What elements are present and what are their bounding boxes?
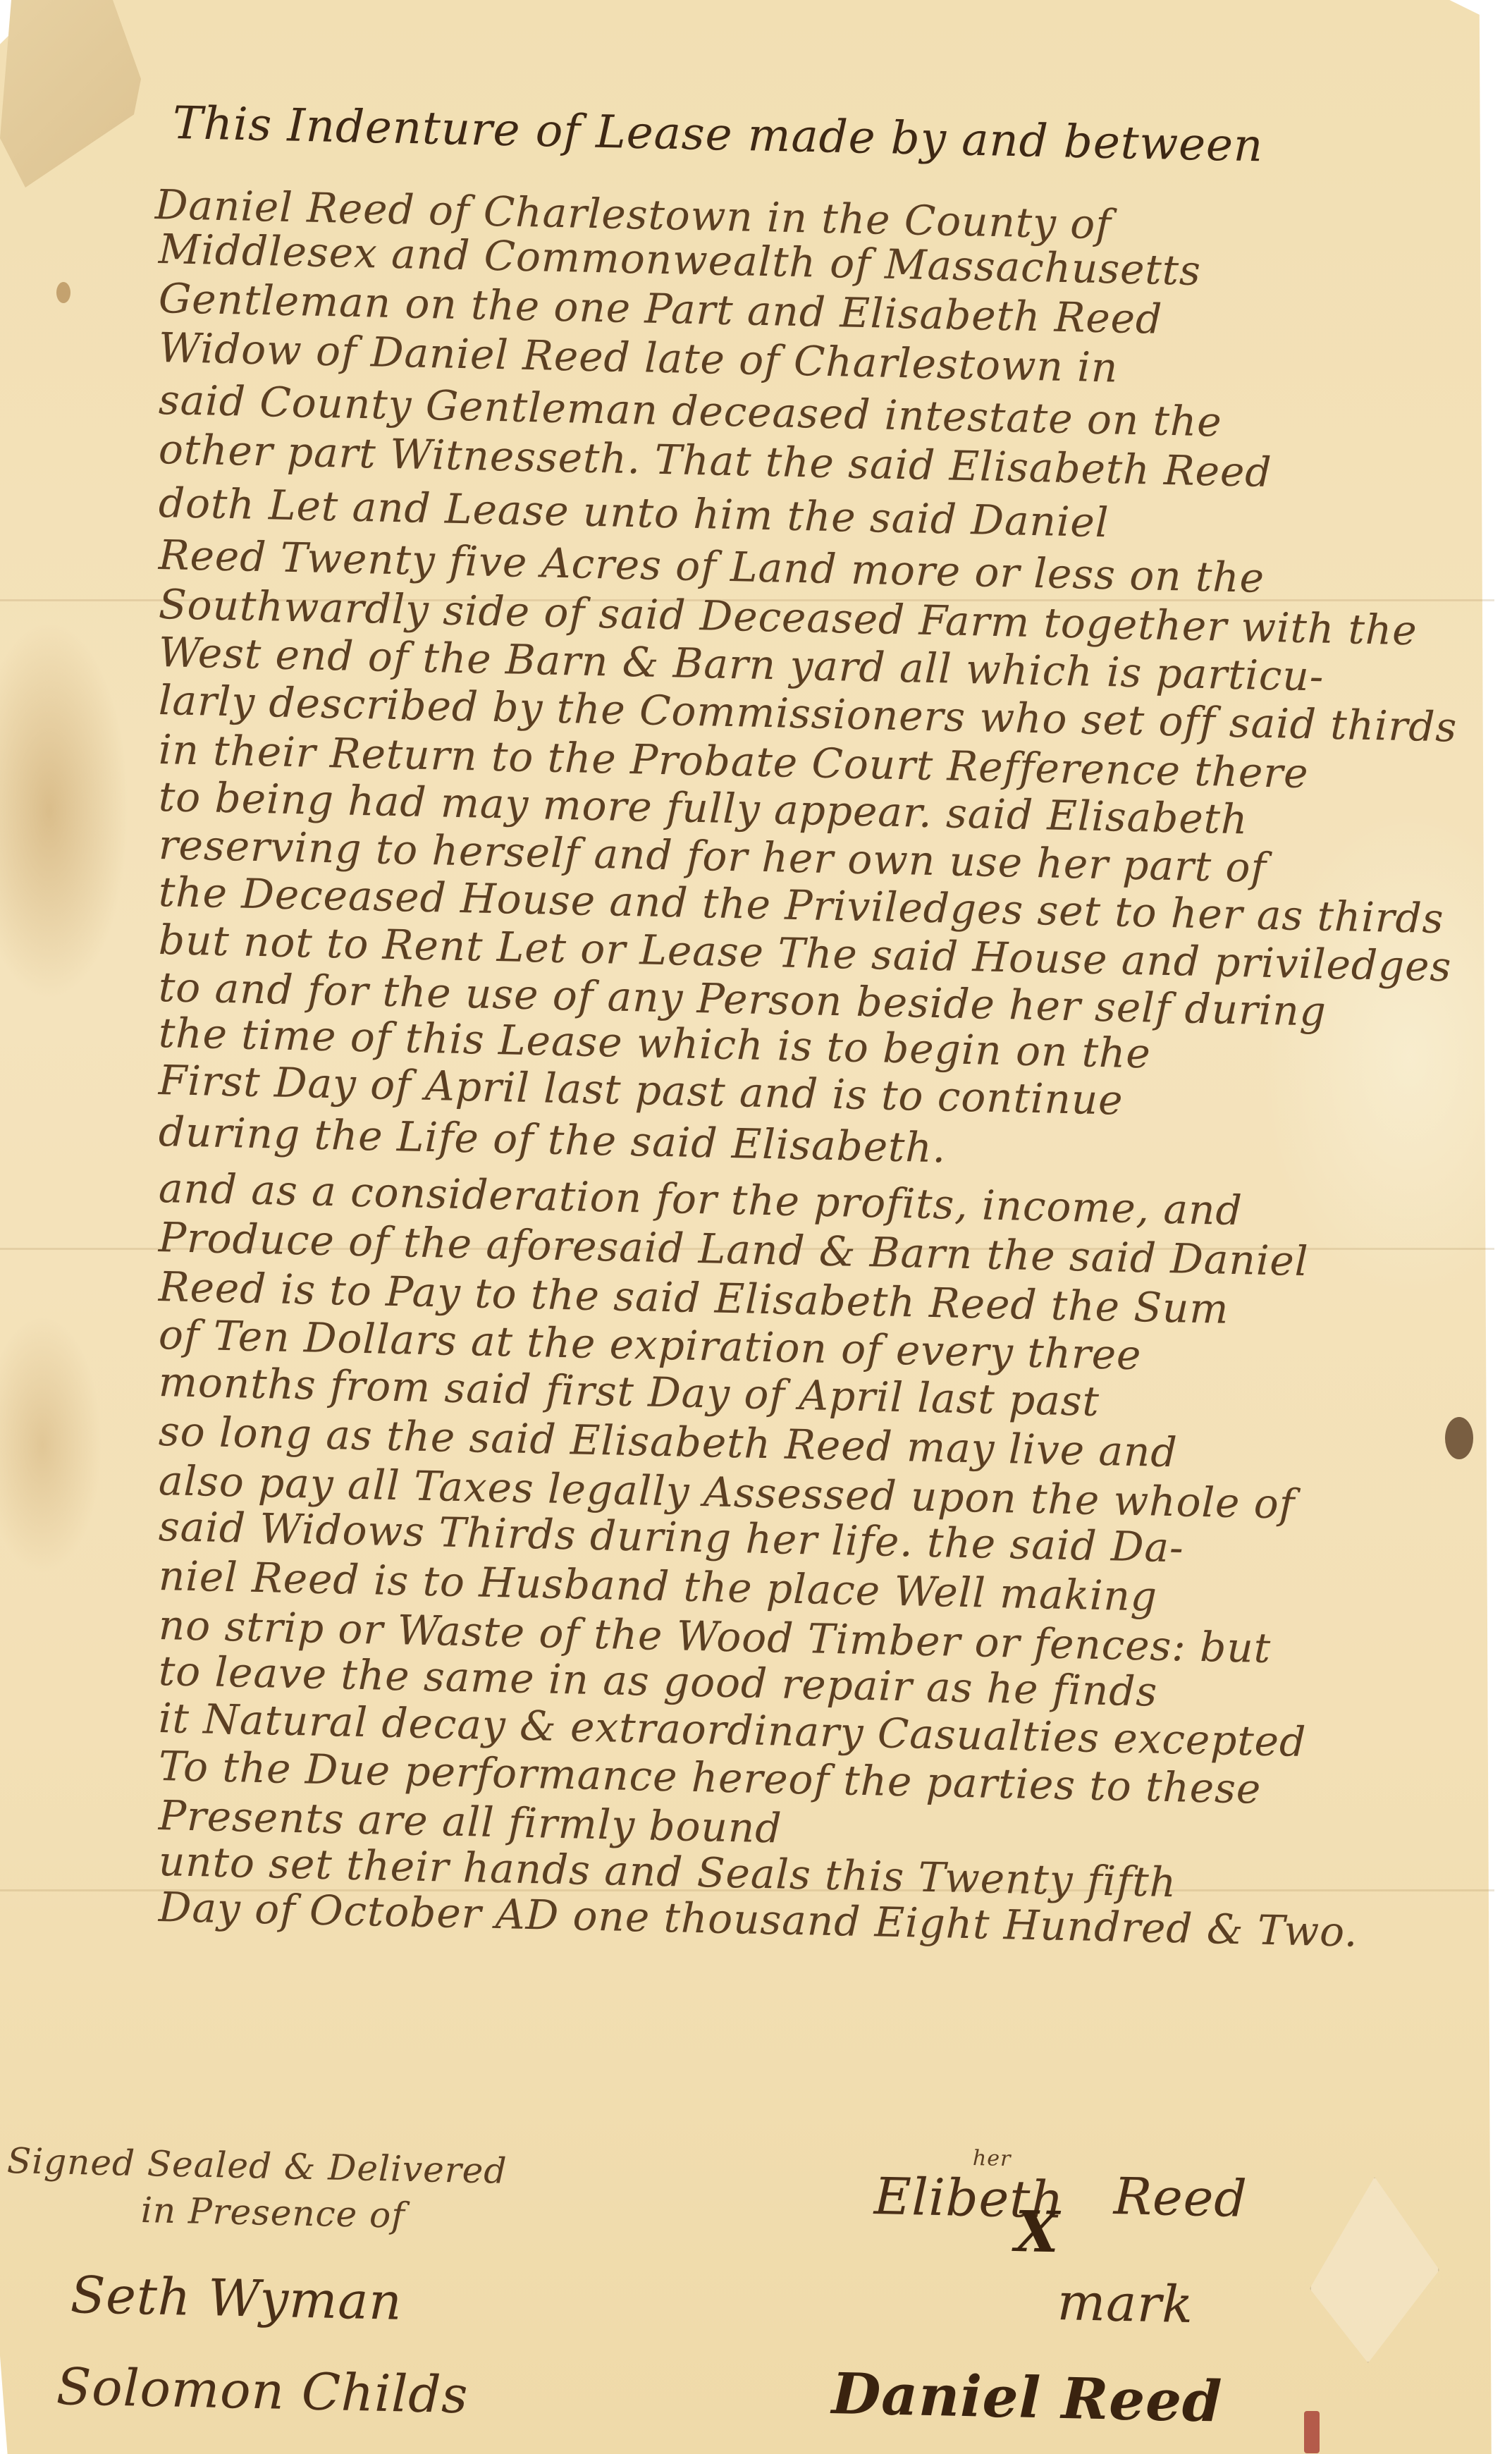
attestation-presence: in Presence of — [140, 2185, 405, 2240]
daniel-signature: Daniel Reed — [831, 2369, 1222, 2427]
ink-blot — [1445, 1417, 1473, 1459]
elisabeth-surname: Reed — [1113, 2171, 1248, 2223]
wax-seal-remnant — [1304, 2411, 1320, 2453]
witness-signature-1: Seth Wyman — [70, 2270, 402, 2326]
witness-signature-2: Solomon Childs — [56, 2362, 469, 2419]
her-label: her — [973, 2147, 1012, 2171]
mark-x-symbol: X — [1014, 2207, 1060, 2257]
mark-label: mark — [1057, 2277, 1194, 2329]
attestation-label: Signed Sealed & Delivered — [6, 2136, 508, 2196]
stain — [56, 282, 70, 303]
